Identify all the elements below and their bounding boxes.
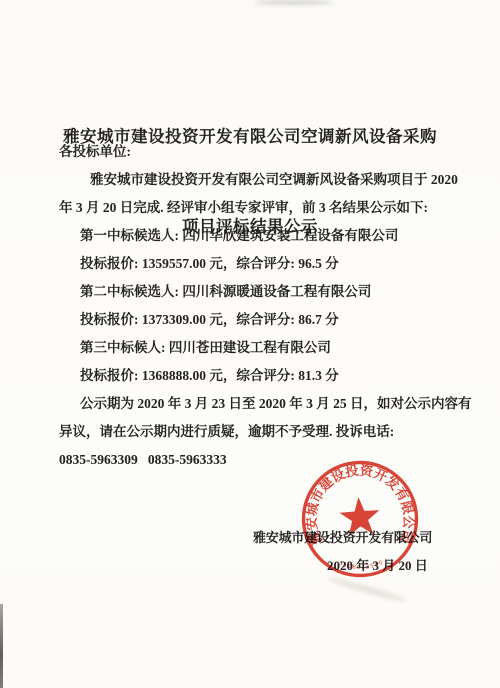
scan-edge-shadow [0,604,3,688]
scan-artifact-under-seal [327,575,408,604]
candidate-2-bid-line: 投标报价: 1373309.00 元，综合评分: 86.7 分 [59,306,443,334]
document-body: 各投标单位: 雅安城市建设投资开发有限公司空调新风设备采购项目于 2020 年 … [59,138,443,474]
candidate-3-bid-line: 投标报价: 1368888.00 元，综合评分: 81.3 分 [59,362,443,390]
signature-date: 2020 年 3 月 20 日 [327,555,428,574]
salutation: 各投标单位: [59,138,443,166]
candidate-1-bid-line: 投标报价: 1359557.00 元，综合评分: 96.5 分 [59,250,443,278]
intro-line-1: 雅安城市建设投资开发有限公司空调新风设备采购项目于 2020 [59,166,443,194]
notice-line-2: 异议，请在公示期内进行质疑，逾期不予受理. 投诉电话: [59,418,443,446]
candidate-1-name-line: 第一中标候选人: 四川华欣建筑安装工程设备有限公司 [59,222,443,250]
candidate-2-name-line: 第二中标候选人: 四川科源暖通设备工程有限公司 [59,278,443,306]
phone-numbers: 0835-5963309 0835-5963333 [59,446,443,474]
signature-company: 雅安城市建设投资开发有限公司 [253,527,432,546]
intro-line-2: 年 3 月 20 日完成. 经评审小组专家评审，前 3 名结果公示如下: [59,194,443,222]
candidate-3-name-line: 第三中标候人: 四川苍田建设工程有限公司 [59,334,443,362]
scan-artifact-top [255,0,333,5]
scanned-document-page: 雅安城市建设投资开发有限公司空调新风设备采购 项目评标结果公示 各投标单位: 雅… [0,0,500,688]
notice-line-1: 公示期为 2020 年 3 月 23 日至 2020 年 3 月 25 日，如对… [59,390,443,418]
